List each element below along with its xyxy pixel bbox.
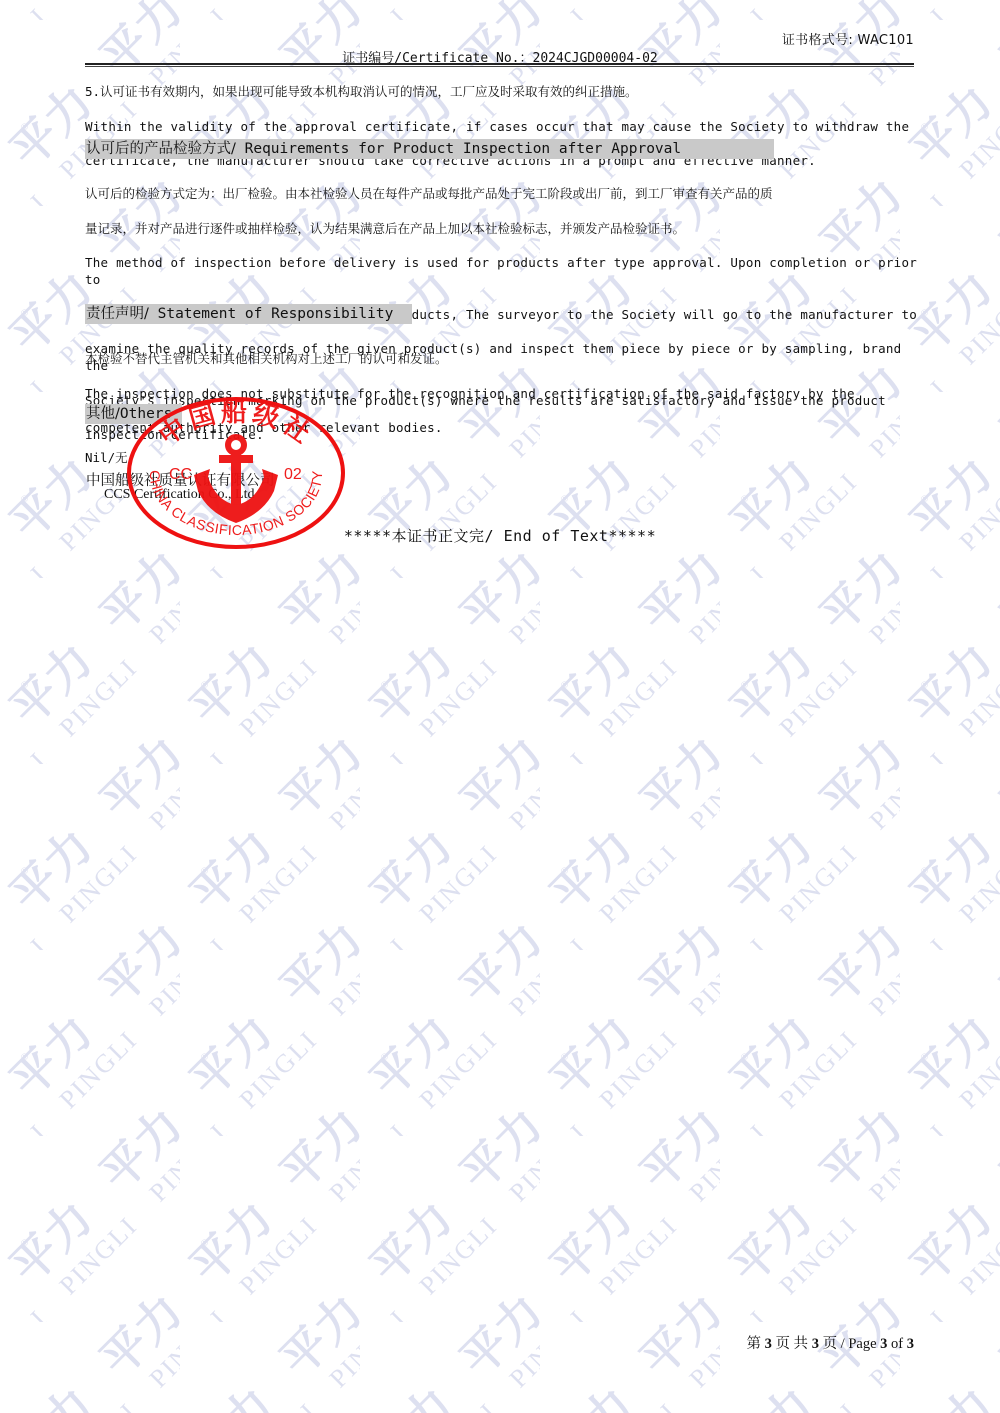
page-text: 页 / Page xyxy=(819,1336,880,1352)
format-label: 证书格式号: xyxy=(782,33,853,48)
format-value: WAC101 xyxy=(858,33,915,48)
end-prefix: ***** xyxy=(344,527,392,545)
section-heading-responsibility: 责任声明/ Statement of Responsibility xyxy=(85,304,412,324)
current-page: 3 xyxy=(765,1336,772,1352)
section-heading-inspection: 认可后的产品检验方式/ Requirements for Product Ins… xyxy=(85,139,774,159)
inspection-cn-line1: 认可后的检验方式定为：出厂检验。由本社检验人员在每件产品或每批产品处于完工阶段或… xyxy=(85,185,920,202)
heading-cn: 其他/ xyxy=(86,406,120,422)
inspection-en-line1: The method of inspection before delivery… xyxy=(85,254,920,288)
total-pages-en: 3 xyxy=(907,1336,914,1352)
page-number: 第 3 页 共 3 页 / Page 3 of 3 xyxy=(746,1332,914,1353)
clause-5-en-line1: Within the validity of the approval cert… xyxy=(85,118,920,135)
end-suffix: ***** xyxy=(608,527,656,545)
page-text: of xyxy=(887,1336,906,1352)
certificate-format-number: 证书格式号: WAC101 xyxy=(782,29,914,48)
stamp-left-code: CC xyxy=(169,466,192,483)
total-pages: 3 xyxy=(812,1336,819,1352)
stamp-top-text: 中国船级社 xyxy=(154,398,319,452)
heading-cn: 认可后的产品检验方式/ xyxy=(86,141,236,157)
clause-5-cn: 5.认可证书有效期内，如果出现可能导致本机构取消认可的情况，工厂应及时采取有效的… xyxy=(85,83,920,100)
stamp-right-code: 02 xyxy=(284,466,302,483)
heading-cn: 责任声明/ xyxy=(86,306,149,322)
end-en: / End of Text xyxy=(485,527,609,545)
anchor-icon xyxy=(194,437,278,523)
end-cn: 本证书正文完 xyxy=(392,527,485,545)
page-text: 第 xyxy=(746,1336,764,1352)
heading-en: Requirements for Product Inspection afte… xyxy=(236,141,681,157)
official-stamp: 中国船级社 CHINA CLASSIFICATION SOCIETY CC 02 xyxy=(124,395,348,551)
inspection-cn-line2: 量记录，并对产品进行逐件或抽样检验，认为结果满意后在产品上加以本社检验标志，并颁… xyxy=(85,220,920,237)
svg-text:中国船级社: 中国船级社 xyxy=(154,398,319,452)
responsibility-cn-line1: 本检验不替代主管机关和其他相关机构对上述工厂的认可和发证。 xyxy=(85,350,920,367)
heading-en: Statement of Responsibility xyxy=(149,306,393,322)
header-divider xyxy=(85,63,914,65)
page-text: 页 共 xyxy=(772,1336,812,1352)
